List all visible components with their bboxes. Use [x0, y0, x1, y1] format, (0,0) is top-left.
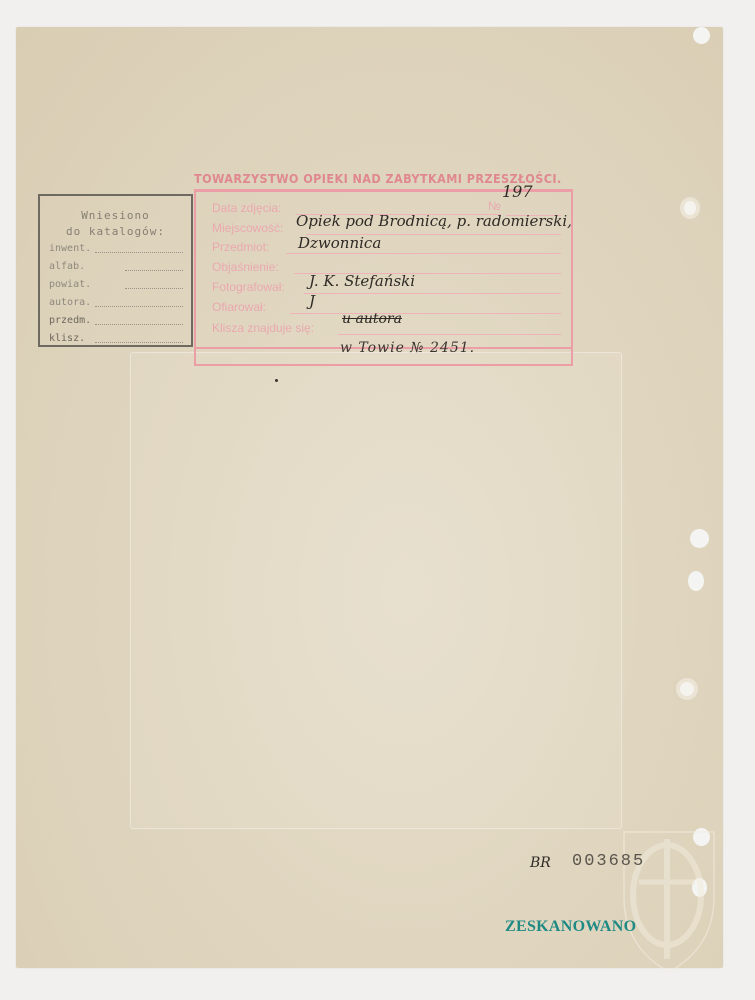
- catalog-row-alfab: alfab.: [40, 258, 191, 276]
- catalog-title: Wniesiono do katalogów:: [40, 208, 191, 240]
- punch-hole: [688, 571, 704, 591]
- field-label: Przedmiot:: [212, 240, 269, 254]
- field-subject: Przedmiot:: [212, 237, 561, 257]
- handwritten-negative-location: u autora: [342, 311, 402, 327]
- ink-speck: [275, 379, 278, 382]
- catalog-title-line2: do katalogów:: [40, 224, 191, 240]
- catalog-row-label: autora.: [49, 297, 91, 308]
- field-label: Data zdjęcia:: [212, 201, 281, 215]
- handwritten-donor: J: [309, 292, 315, 310]
- punch-hole: [690, 529, 709, 548]
- field-label: Klisza znajduje się:: [212, 321, 314, 335]
- handwritten-inventory-note: w Towie № 2451.: [340, 340, 475, 356]
- scanned-stamp: ZESKANOWANO: [505, 918, 636, 936]
- catalog-row-inwent: inwent.: [40, 240, 191, 258]
- field-label: Miejscowość:: [212, 221, 283, 235]
- torn-hole: [680, 682, 694, 696]
- catalog-row-label: alfab.: [49, 261, 85, 272]
- field-label: Fotografował:: [212, 280, 285, 294]
- catalog-row-label: przedm.: [49, 315, 91, 326]
- catalog-row-powiat: powiat.: [40, 276, 191, 294]
- catalog-row-label: klisz.: [49, 333, 85, 344]
- catalog-title-line1: Wniesiono: [40, 208, 191, 224]
- catalog-row-klisz: klisz.: [40, 330, 191, 348]
- catalog-row-label: powiat.: [49, 279, 91, 290]
- torn-hole: [684, 201, 696, 215]
- handwritten-subject: Dzwonnica: [298, 234, 381, 252]
- photo-mount-outline: [130, 352, 622, 829]
- archive-number: 003685: [572, 852, 645, 871]
- watermark-emblem-icon: [619, 827, 719, 977]
- handwritten-number: 197: [502, 182, 533, 201]
- archive-prefix: BR: [530, 855, 551, 871]
- field-label: Ofiarował:: [212, 300, 266, 314]
- handwritten-photographer: J. K. Stefański: [309, 272, 415, 290]
- document-card: Wniesiono do katalogów: inwent. alfab. p…: [16, 27, 723, 968]
- catalog-row-autora: autora.: [40, 294, 191, 312]
- handwritten-place: Opiek pod Brodnicą, p. radomierski,: [296, 212, 572, 230]
- catalog-row-przedm: przedm.: [40, 312, 191, 330]
- punch-hole: [693, 27, 710, 44]
- catalog-entry-box: Wniesiono do katalogów: inwent. alfab. p…: [38, 194, 193, 347]
- number-sign: №: [488, 199, 501, 213]
- field-label: Objaśnienie:: [212, 260, 279, 274]
- stamp-title: TOWARZYSTWO OPIEKI NAD ZABYTKAMI PRZESZŁ…: [194, 171, 594, 186]
- catalog-row-label: inwent.: [49, 243, 91, 254]
